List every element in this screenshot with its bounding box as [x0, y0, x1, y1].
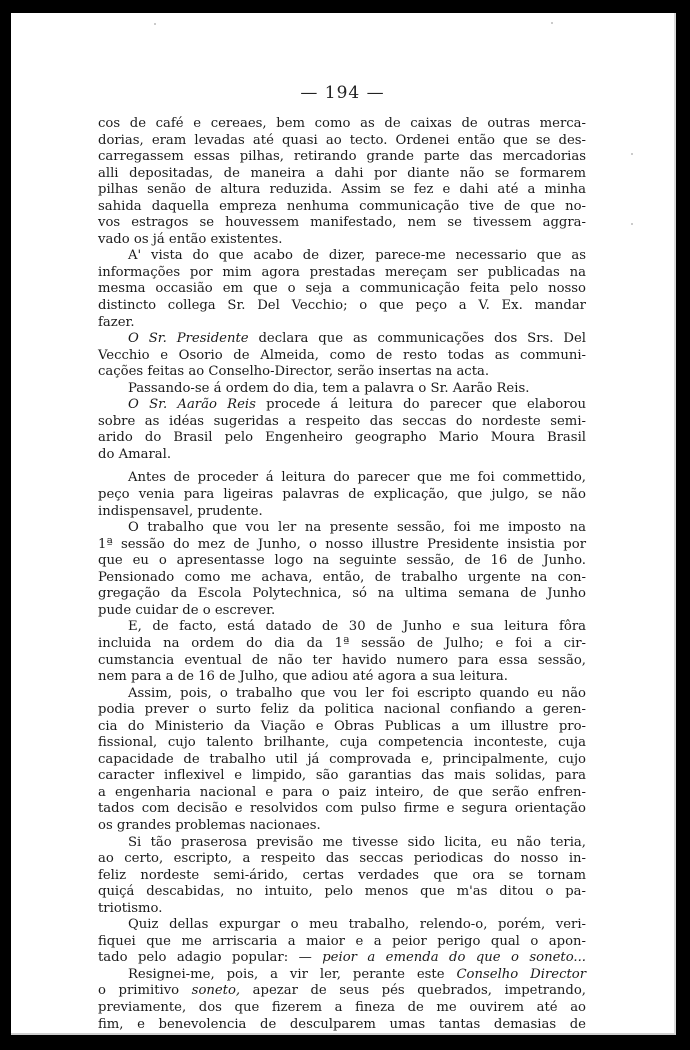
scan-speck: [631, 223, 633, 225]
text-line: cumstancia eventual de não ter havido nu…: [98, 653, 586, 670]
text-line: Antes de proceder á leitura do parecer q…: [98, 470, 586, 487]
text-line: fissional, cujo talento brilhante, cuja …: [98, 735, 586, 752]
paragraph: E, de facto, está datado de 30 de Junho …: [98, 619, 586, 685]
text-line: triotismo.: [98, 901, 586, 918]
text-line: cações feitas ao Conselho-Director, serã…: [98, 364, 586, 381]
text-line: Si tão praserosa previsão me tivesse sid…: [98, 835, 586, 852]
paragraph: Passando-se á ordem do dia, tem a palavr…: [98, 381, 586, 398]
line-text: procede á leitura do parecer que elaboro…: [256, 397, 586, 412]
text-line: sobre as idéas sugeridas a respeito das …: [98, 414, 586, 431]
line-text: declara que as communicações dos Srs. De…: [249, 331, 586, 346]
text-line: feliz nordeste semi-árido, certas verdad…: [98, 868, 586, 885]
text-line: fiquei que me arriscaria a maior e a pei…: [98, 934, 586, 951]
text-line: vado os já então existentes.: [98, 232, 586, 249]
text-line: gregação da Escola Polytechnica, só na u…: [98, 586, 586, 603]
text-line: capacidade de trabalho util já comprovad…: [98, 752, 586, 769]
paragraph: Antes de proceder á leitura do parecer q…: [98, 470, 586, 520]
scanned-page: — 194 — cos de café e cereaes, bem como …: [11, 13, 676, 1035]
text-line: A' vista do que acabo de dizer, parece-m…: [98, 248, 586, 265]
text-line: dorias, eram levadas até quasi ao tecto.…: [98, 133, 586, 150]
text-line: alli depositadas, de maneira a dahi por …: [98, 166, 586, 183]
text-line: pude cuidar de o escrever.: [98, 603, 586, 620]
text-line: Resignei-me, pois, a vir ler, perante es…: [98, 967, 586, 984]
text-line: sahida daquella empreza nenhuma communic…: [98, 199, 586, 216]
body-text: cos de café e cereaes, bem como as de ca…: [98, 116, 586, 1033]
paragraph: O trabalho que vou ler na presente sessã…: [98, 520, 586, 619]
text-line: cos de café e cereaes, bem como as de ca…: [98, 116, 586, 133]
text-line: pilhas senão de altura reduzida. Assim s…: [98, 182, 586, 199]
text-line: Assim, pois, o trabalho que vou ler foi …: [98, 686, 586, 703]
text-line: distincto collega Sr. Del Vecchio; o que…: [98, 298, 586, 315]
paragraph: Si tão praserosa previsão me tivesse sid…: [98, 835, 586, 918]
page-number: — 194 —: [11, 83, 674, 103]
text-line: a engenharia nacional e para o paiz inte…: [98, 785, 586, 802]
line-text: o primitivo: [98, 983, 192, 998]
paragraph: O Sr. Presidente declara que as communic…: [98, 331, 586, 381]
scan-speck: [154, 23, 156, 25]
speaker-name: O Sr. Presidente: [128, 331, 249, 346]
italic-term: Conselho Director: [456, 967, 586, 982]
text-line: fim, e benevolencia de desculparem umas …: [98, 1017, 586, 1034]
paragraph: Quiz dellas expurgar o meu trabalho, rel…: [98, 917, 586, 967]
paragraph: Resignei-me, pois, a vir ler, perante es…: [98, 967, 586, 1033]
text-line: tado pelo adagio popular: — peior a emen…: [98, 950, 586, 967]
text-line: ao certo, escripto, a respeito das secca…: [98, 851, 586, 868]
text-line: incluida na ordem do dia da 1ª sessão de…: [98, 636, 586, 653]
text-line: O Sr. Presidente declara que as communic…: [98, 331, 586, 348]
text-line: cia do Ministerio da Viação e Obras Publ…: [98, 719, 586, 736]
text-line: nem para a de 16 de Julho, que adiou até…: [98, 669, 586, 686]
text-line: os grandes problemas nacionaes.: [98, 818, 586, 835]
text-line: caracter inflexivel e limpido, são garan…: [98, 768, 586, 785]
text-line: Pensionado como me achava, então, de tra…: [98, 570, 586, 587]
text-line: podia prever o surto feliz da politica n…: [98, 702, 586, 719]
text-line: Passando-se á ordem do dia, tem a palavr…: [98, 381, 586, 398]
text-line: mesma occasião em que o seja a communica…: [98, 281, 586, 298]
scan-speck: [631, 153, 633, 155]
text-line: peço venia para ligeiras palavras de exp…: [98, 487, 586, 504]
text-line: quiçá descabidas, no intuito, pelo menos…: [98, 884, 586, 901]
text-line: previamente, dos que fizerem a fineza de…: [98, 1000, 586, 1017]
text-line: informações por mim agora prestadas mere…: [98, 265, 586, 282]
line-text: apezar de seus pés quebrados, impetrando…: [240, 983, 586, 998]
text-line: arido do Brasil pelo Engenheiro geograph…: [98, 430, 586, 447]
italic-term: soneto,: [192, 983, 240, 998]
text-line: carregassem essas pilhas, retirando gran…: [98, 149, 586, 166]
line-text: Resignei-me, pois, a vir ler, perante es…: [128, 967, 456, 982]
text-line: 1ª sessão do mez de Junho, o nosso illus…: [98, 537, 586, 554]
text-line: Vecchio e Osorio de Almeida, como de res…: [98, 348, 586, 365]
text-line: O Sr. Aarão Reis procede á leitura do pa…: [98, 397, 586, 414]
text-line: indispensavel, prudente.: [98, 504, 586, 521]
quoted-adage: peior a emenda do que o soneto...: [322, 950, 586, 965]
text-line: fazer.: [98, 315, 586, 332]
text-line: do Amaral.: [98, 447, 586, 464]
text-line: tados com decisão e resolvidos com pulso…: [98, 801, 586, 818]
text-line: vos estragos se houvessem manifestado, n…: [98, 215, 586, 232]
text-line: que eu o apresentasse logo na seguinte s…: [98, 553, 586, 570]
line-text: tado pelo adagio popular: —: [98, 950, 322, 965]
paragraph: cos de café e cereaes, bem como as de ca…: [98, 116, 586, 248]
text-line: E, de facto, está datado de 30 de Junho …: [98, 619, 586, 636]
paragraph: A' vista do que acabo de dizer, parece-m…: [98, 248, 586, 331]
paragraph: O Sr. Aarão Reis procede á leitura do pa…: [98, 397, 586, 463]
speaker-name: O Sr. Aarão Reis: [128, 397, 256, 412]
scan-speck: [551, 22, 553, 24]
paragraph: Assim, pois, o trabalho que vou ler foi …: [98, 686, 586, 835]
text-line: Quiz dellas expurgar o meu trabalho, rel…: [98, 917, 586, 934]
text-line: O trabalho que vou ler na presente sessã…: [98, 520, 586, 537]
text-line: o primitivo soneto, apezar de seus pés q…: [98, 983, 586, 1000]
